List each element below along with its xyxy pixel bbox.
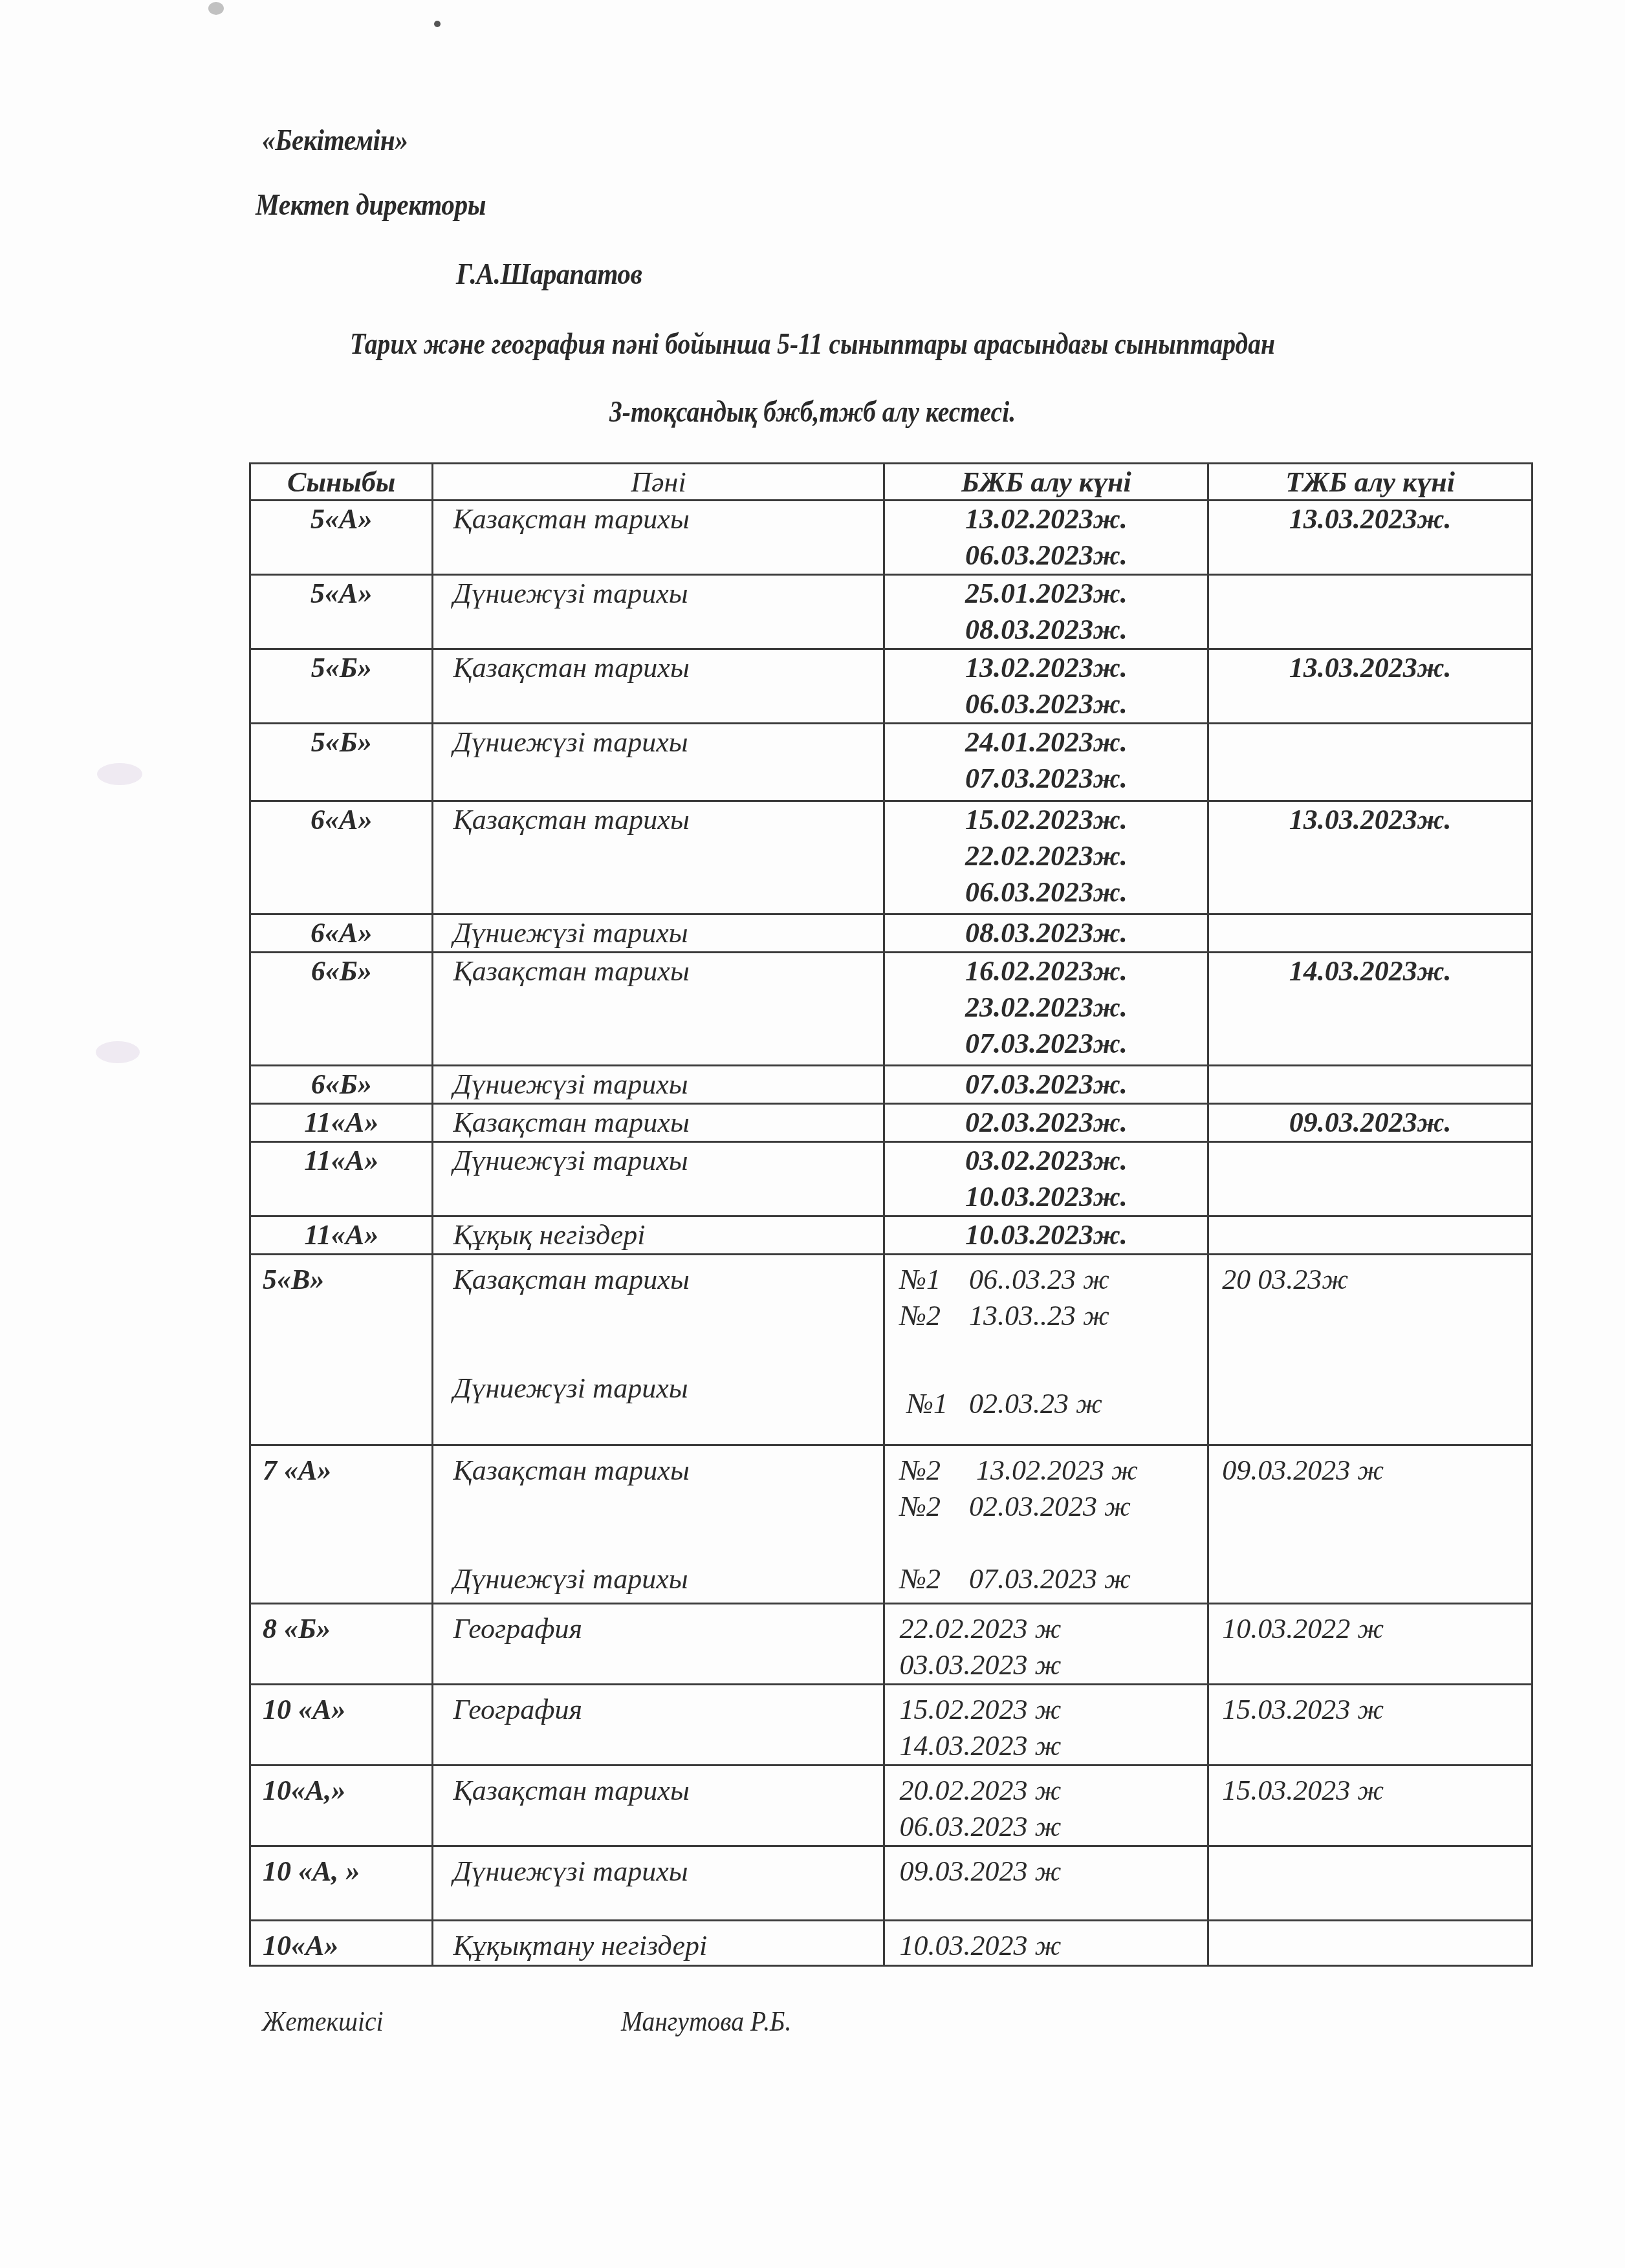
bjb-date: 10.03.2023ж. (885, 1179, 1207, 1215)
subject-cell: Дүниежүзі тарихы (433, 1846, 884, 1921)
subject-cell: Қазақстан тарихы (433, 1104, 884, 1142)
bjb-date: 23.02.2023ж. (885, 989, 1207, 1026)
subject-cell: География (433, 1604, 884, 1685)
table-row: 6«Б»Қазақстан тарихы16.02.2023ж.23.02.20… (250, 953, 1532, 1066)
subject-name: Қазақстан тарихы (453, 953, 883, 989)
bjb-date: 15.02.2023 ж (899, 1692, 1207, 1728)
subject-name: Қазақстан тарихы (453, 650, 883, 686)
bjb-date-cell: 08.03.2023ж. (884, 914, 1208, 953)
tjb-date-cell: 20 03.23ж (1208, 1255, 1532, 1445)
signature-role: Жетекшісі (262, 2005, 384, 2038)
table-row: 6«Б»Дүниежүзі тарихы07.03.2023ж. (250, 1066, 1532, 1104)
header-class: Сыныбы (250, 464, 433, 501)
bjb-date (899, 1525, 1207, 1561)
bjb-date-cell: №1 06..03.23 ж№2 13.03..23 ж №1 02.03.23… (884, 1255, 1208, 1445)
table-row: 5«В»Қазақстан тарихыДүниежүзі тарихы№1 0… (250, 1255, 1532, 1445)
subject-cell: Қазақстан тарихы (433, 953, 884, 1066)
subject-cell: Қазақстан тарихы (433, 801, 884, 914)
class-cell: 11«А» (250, 1142, 433, 1216)
bjb-date: 24.01.2023ж. (885, 724, 1207, 761)
tjb-date-cell: 13.03.2023ж. (1208, 801, 1532, 914)
bjb-date: 06.03.2023ж. (885, 686, 1207, 722)
table-row: 6«А»Қазақстан тарихы15.02.2023ж.22.02.20… (250, 801, 1532, 914)
bjb-date-cell: 16.02.2023ж.23.02.2023ж.07.03.2023ж. (884, 953, 1208, 1066)
class-cell: 5«Б» (250, 649, 433, 724)
tjb-date-cell: 15.03.2023 ж (1208, 1766, 1532, 1846)
bjb-date: 03.02.2023ж. (885, 1143, 1207, 1179)
bjb-date: 08.03.2023ж. (885, 612, 1207, 648)
scan-blot (97, 763, 142, 785)
document-title-line1: Тарих және география пәні бойынша 5-11 с… (256, 327, 1369, 361)
subject-name (453, 1489, 883, 1525)
bjb-date-cell: 10.03.2023 ж (884, 1921, 1208, 1966)
subject-name: География (453, 1611, 883, 1647)
bjb-date-cell: №2 13.02.2023 ж№2 02.03.2023 ж№2 07.03.2… (884, 1445, 1208, 1604)
table-row: 7 «А»Қазақстан тарихыДүниежүзі тарихы№2 … (250, 1445, 1532, 1604)
subject-cell: Қазақстан тарихыДүниежүзі тарихы (433, 1255, 884, 1445)
table-row: 5«А»Дүниежүзі тарихы25.01.2023ж.08.03.20… (250, 575, 1532, 649)
class-cell: 5«А» (250, 501, 433, 575)
tjb-date-cell (1208, 724, 1532, 801)
class-cell: 11«А» (250, 1216, 433, 1255)
subject-name: Дүниежүзі тарихы (453, 576, 883, 612)
bjb-date: 13.02.2023ж. (885, 501, 1207, 537)
subject-cell: Дүниежүзі тарихы (433, 1066, 884, 1104)
class-cell: 7 «А» (250, 1445, 433, 1604)
table-row: 11«А»Дүниежүзі тарихы03.02.2023ж.10.03.2… (250, 1142, 1532, 1216)
bjb-date-cell: 25.01.2023ж.08.03.2023ж. (884, 575, 1208, 649)
bjb-date-cell: 07.03.2023ж. (884, 1066, 1208, 1104)
subject-name: География (453, 1692, 883, 1728)
subject-name: Дүниежүзі тарихы (453, 1853, 883, 1890)
bjb-date: 02.03.2023ж. (885, 1105, 1207, 1141)
subject-name: Қазақстан тарихы (453, 501, 883, 537)
subject-name: Қазақстан тарихы (453, 802, 883, 838)
table-row: 10«А,»Қазақстан тарихы20.02.2023 ж06.03.… (250, 1766, 1532, 1846)
tjb-date-cell (1208, 914, 1532, 953)
class-cell: 11«А» (250, 1104, 433, 1142)
subject-name: Қазақстан тарихы (453, 1262, 883, 1298)
tjb-date-cell (1208, 575, 1532, 649)
bjb-date: №2 02.03.2023 ж (899, 1489, 1207, 1525)
bjb-date: 25.01.2023ж. (885, 576, 1207, 612)
tjb-date-cell: 14.03.2023ж. (1208, 953, 1532, 1066)
bjb-date: 10.03.2023 ж (899, 1928, 1207, 1964)
scan-speck (208, 2, 224, 15)
subject-cell: Құқықтану негіздері (433, 1921, 884, 1966)
subject-name: Дүниежүзі тарихы (453, 915, 883, 951)
class-cell: 5«Б» (250, 724, 433, 801)
approval-stamp: «Бекітемін» (262, 123, 408, 157)
class-cell: 8 «Б» (250, 1604, 433, 1685)
subject-name: Дүниежүзі тарихы (453, 1143, 883, 1179)
bjb-date: №2 13.02.2023 ж (899, 1453, 1207, 1489)
class-cell: 6«Б» (250, 953, 433, 1066)
tjb-date-cell (1208, 1142, 1532, 1216)
class-cell: 10«А,» (250, 1766, 433, 1846)
approval-position: Мектеп директоры (256, 188, 486, 222)
bjb-date: 15.02.2023ж. (885, 802, 1207, 838)
bjb-date-cell: 15.02.2023 ж14.03.2023 ж (884, 1685, 1208, 1766)
bjb-date (899, 1360, 1207, 1386)
bjb-date: 22.02.2023ж. (885, 838, 1207, 874)
table-row: 10 «А, »Дүниежүзі тарихы09.03.2023 ж (250, 1846, 1532, 1921)
header-subject: Пәні (433, 464, 884, 501)
class-cell: 5«А» (250, 575, 433, 649)
signature-name: Мангутова Р.Б. (621, 2005, 791, 2038)
bjb-date: 03.03.2023 ж (899, 1647, 1207, 1683)
bjb-date: 09.03.2023 ж (899, 1853, 1207, 1890)
tjb-date-cell: 15.03.2023 ж (1208, 1685, 1532, 1766)
subject-name: Құқықтану негіздері (453, 1928, 883, 1964)
table-row: 5«А»Қазақстан тарихы13.02.2023ж.06.03.20… (250, 501, 1532, 575)
scan-blot (96, 1041, 140, 1063)
subject-cell: Қазақстан тарихы (433, 649, 884, 724)
subject-cell: Құқық негіздері (433, 1216, 884, 1255)
bjb-date: №2 07.03.2023 ж (899, 1561, 1207, 1597)
bjb-date-cell: 13.02.2023ж.06.03.2023ж. (884, 649, 1208, 724)
bjb-date: 07.03.2023ж. (885, 761, 1207, 797)
subject-name: Дүниежүзі тарихы (453, 1370, 883, 1407)
tjb-date-cell: 13.03.2023ж. (1208, 649, 1532, 724)
bjb-date: 20.02.2023 ж (899, 1773, 1207, 1809)
class-cell: 6«Б» (250, 1066, 433, 1104)
tjb-date-cell: 09.03.2023ж. (1208, 1104, 1532, 1142)
tjb-date-cell (1208, 1216, 1532, 1255)
table-header-row: Сыныбы Пәні БЖБ алу күні ТЖБ алу күні (250, 464, 1532, 501)
subject-cell: Қазақстан тарихы (433, 1766, 884, 1846)
tjb-date-cell (1208, 1921, 1532, 1966)
document-title-line2: 3-тоқсандық бжб,тжб алу кестесі. (256, 394, 1369, 429)
tjb-date-cell: 13.03.2023ж. (1208, 501, 1532, 575)
table-row: 5«Б»Қазақстан тарихы13.02.2023ж.06.03.20… (250, 649, 1532, 724)
tjb-date-cell (1208, 1846, 1532, 1921)
bjb-date: 13.02.2023ж. (885, 650, 1207, 686)
tjb-date-cell (1208, 1066, 1532, 1104)
bjb-date-cell: 02.03.2023ж. (884, 1104, 1208, 1142)
header-tjb-date: ТЖБ алу күні (1208, 464, 1532, 501)
scan-speck (434, 21, 441, 27)
bjb-date-cell: 03.02.2023ж.10.03.2023ж. (884, 1142, 1208, 1216)
bjb-date: 22.02.2023 ж (899, 1611, 1207, 1647)
subject-cell: География (433, 1685, 884, 1766)
bjb-date-cell: 10.03.2023ж. (884, 1216, 1208, 1255)
bjb-date-cell: 22.02.2023 ж03.03.2023 ж (884, 1604, 1208, 1685)
bjb-date-cell: 24.01.2023ж.07.03.2023ж. (884, 724, 1208, 801)
tjb-date-cell: 09.03.2023 ж (1208, 1445, 1532, 1604)
table-row: 5«Б»Дүниежүзі тарихы24.01.2023ж.07.03.20… (250, 724, 1532, 801)
bjb-date: №1 02.03.23 ж (899, 1386, 1207, 1422)
subject-name: Қазақстан тарихы (453, 1453, 883, 1489)
table-row: 8 «Б»География22.02.2023 ж03.03.2023 ж10… (250, 1604, 1532, 1685)
subject-name (453, 1525, 883, 1561)
header-bjb-date: БЖБ алу күні (884, 464, 1208, 501)
tjb-date-cell: 10.03.2022 ж (1208, 1604, 1532, 1685)
subject-name: Дүниежүзі тарихы (453, 724, 883, 761)
table-row: 10«А»Құқықтану негіздері10.03.2023 ж (250, 1921, 1532, 1966)
class-cell: 10 «А, » (250, 1846, 433, 1921)
bjb-date: 14.03.2023 ж (899, 1728, 1207, 1764)
bjb-date: 06.03.2023ж. (885, 537, 1207, 574)
class-cell: 10«А» (250, 1921, 433, 1966)
bjb-date: 10.03.2023ж. (885, 1217, 1207, 1253)
subject-cell: Дүниежүзі тарихы (433, 914, 884, 953)
subject-cell: Дүниежүзі тарихы (433, 575, 884, 649)
subject-name (453, 1298, 883, 1334)
subject-name: Дүниежүзі тарихы (453, 1561, 883, 1597)
subject-name (453, 1334, 883, 1370)
bjb-date: 16.02.2023ж. (885, 953, 1207, 989)
bjb-date: 06.03.2023ж. (885, 874, 1207, 911)
bjb-date-cell: 13.02.2023ж.06.03.2023ж. (884, 501, 1208, 575)
bjb-date-cell: 20.02.2023 ж06.03.2023 ж (884, 1766, 1208, 1846)
table-row: 11«А»Қазақстан тарихы02.03.2023ж.09.03.2… (250, 1104, 1532, 1142)
subject-name: Қазақстан тарихы (453, 1105, 883, 1141)
bjb-date-cell: 15.02.2023ж.22.02.2023ж.06.03.2023ж. (884, 801, 1208, 914)
subject-name: Дүниежүзі тарихы (453, 1066, 883, 1103)
class-cell: 10 «А» (250, 1685, 433, 1766)
bjb-date-cell: 09.03.2023 ж (884, 1846, 1208, 1921)
bjb-date: №1 06..03.23 ж (899, 1262, 1207, 1298)
approval-name: Г.А.Шарапатов (456, 257, 642, 291)
subject-cell: Қазақстан тарихыДүниежүзі тарихы (433, 1445, 884, 1604)
subject-name: Құқық негіздері (453, 1217, 883, 1253)
class-cell: 6«А» (250, 801, 433, 914)
table-row: 6«А»Дүниежүзі тарихы08.03.2023ж. (250, 914, 1532, 953)
class-cell: 5«В» (250, 1255, 433, 1445)
subject-cell: Қазақстан тарихы (433, 501, 884, 575)
class-cell: 6«А» (250, 914, 433, 953)
subject-cell: Дүниежүзі тарихы (433, 724, 884, 801)
bjb-date: 07.03.2023ж. (885, 1026, 1207, 1062)
bjb-date: 08.03.2023ж. (885, 915, 1207, 951)
bjb-date: №2 13.03..23 ж (899, 1298, 1207, 1334)
table-row: 11«А»Құқық негіздері10.03.2023ж. (250, 1216, 1532, 1255)
schedule-table: Сыныбы Пәні БЖБ алу күні ТЖБ алу күні 5«… (249, 462, 1533, 1967)
bjb-date: 06.03.2023 ж (899, 1809, 1207, 1845)
subject-cell: Дүниежүзі тарихы (433, 1142, 884, 1216)
subject-name: Қазақстан тарихы (453, 1773, 883, 1809)
bjb-date: 07.03.2023ж. (885, 1066, 1207, 1103)
table-row: 10 «А»География15.02.2023 ж14.03.2023 ж1… (250, 1685, 1532, 1766)
bjb-date (899, 1334, 1207, 1360)
